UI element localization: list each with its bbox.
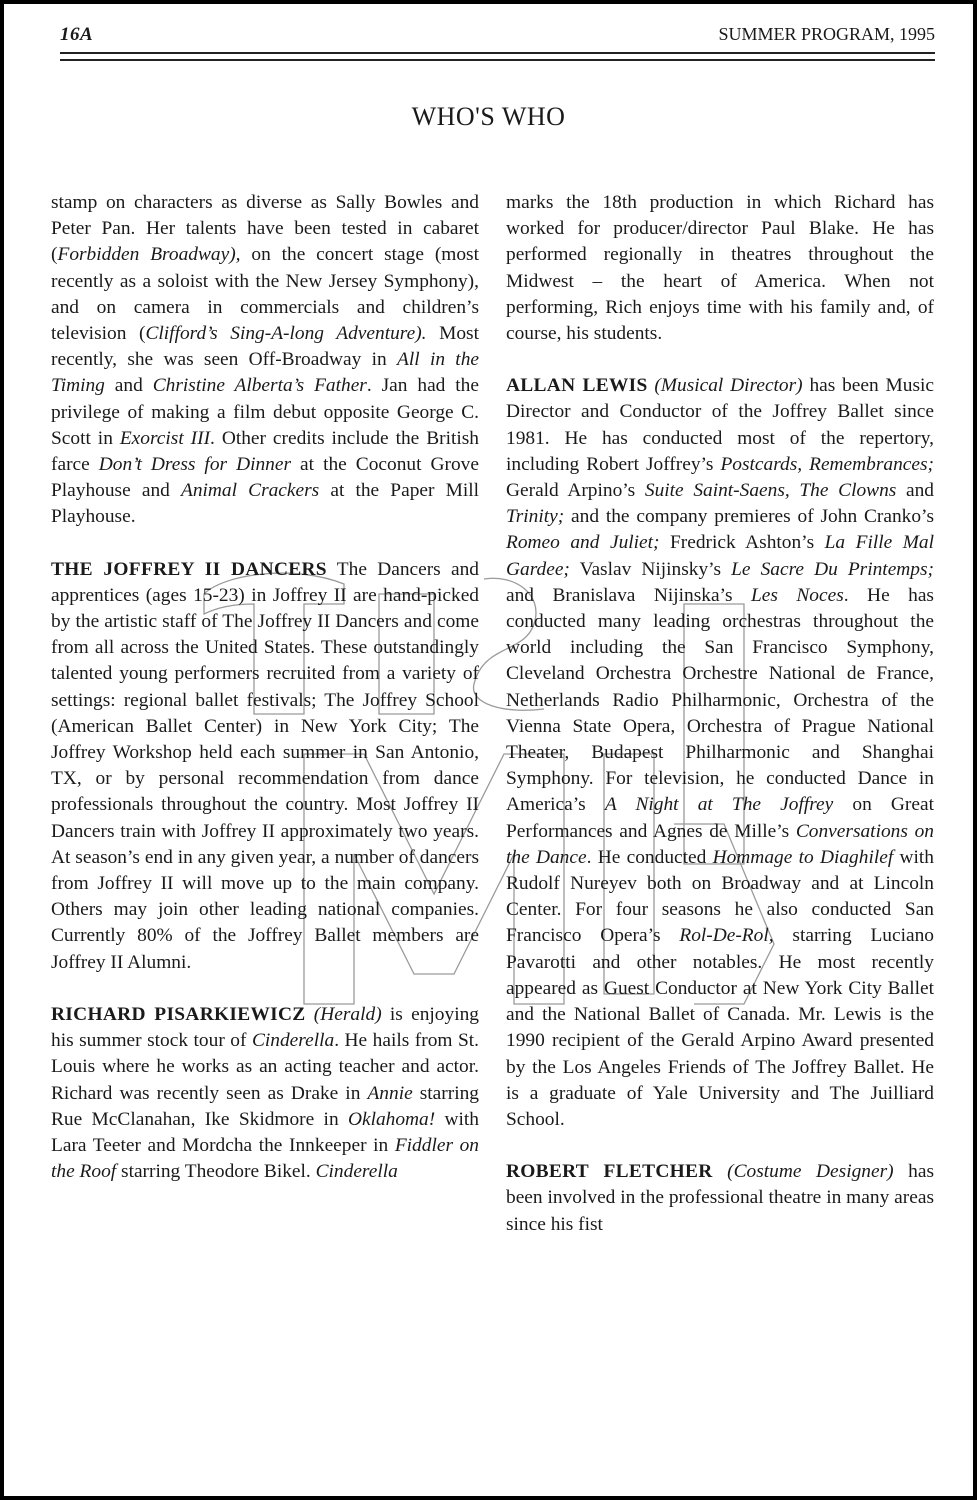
running-title: SUMMER PROGRAM, 1995 bbox=[718, 24, 935, 45]
bio-role: (Costume Designer) bbox=[713, 1161, 894, 1182]
bio-joffrey-ii-dancers: THE JOFFREY II DANCERS The Dancers and a… bbox=[51, 557, 479, 976]
italic-title: Romeo and Juliet; bbox=[506, 532, 660, 553]
italic-title: Annie bbox=[367, 1083, 412, 1104]
italic-title: Don’t Dress for Dinner bbox=[99, 454, 291, 475]
text: Fredrick Ashton’s bbox=[660, 532, 825, 553]
text: . He conducted bbox=[587, 847, 713, 868]
italic-title: Hommage to Diaghilef bbox=[713, 847, 894, 868]
italic-title: Rol-De-Rol, bbox=[679, 925, 773, 946]
program-page: 16A SUMMER PROGRAM, 1995 WHO'S WHO stamp… bbox=[4, 4, 973, 1496]
italic-title: A Night at The Joffrey bbox=[605, 794, 833, 815]
bio-name: THE JOFFREY II DANCERS bbox=[51, 559, 327, 580]
italic-title: Suite Saint-Saens, The Clowns bbox=[645, 480, 896, 501]
bio-name: ALLAN LEWIS bbox=[506, 375, 648, 396]
bio-jan-continued: stamp on characters as diverse as Sally … bbox=[51, 190, 479, 531]
bio-richard-continued: marks the 18th production in which Richa… bbox=[506, 190, 934, 347]
italic-title: Le Sacre Du Printemps; bbox=[731, 559, 934, 580]
right-column: marks the 18th production in which Richa… bbox=[506, 190, 934, 1264]
text: marks the 18th production in which Richa… bbox=[506, 192, 934, 344]
bio-name: RICHARD PISARKIEWICZ bbox=[51, 1004, 306, 1025]
bio-role: (Herald) bbox=[306, 1004, 382, 1025]
text: Vaslav Nijinsky’s bbox=[570, 559, 731, 580]
bio-robert-fletcher: ROBERT FLETCHER (Costume Designer) has b… bbox=[506, 1159, 934, 1238]
text: and the company premieres of John Cranko… bbox=[564, 506, 934, 527]
page-number: 16A bbox=[60, 24, 93, 46]
left-column: stamp on characters as diverse as Sally … bbox=[51, 190, 479, 1211]
text: starring Luciano Pavarotti and other not… bbox=[506, 925, 934, 1129]
bio-allan-lewis: ALLAN LEWIS (Musical Director) has been … bbox=[506, 373, 934, 1133]
italic-title: Oklahoma! bbox=[348, 1109, 435, 1130]
bio-richard-pisarkiewicz: RICHARD PISARKIEWICZ (Herald) is enjoyin… bbox=[51, 1002, 479, 1185]
text: and Branislava Nijinska’s bbox=[506, 585, 751, 606]
text: and bbox=[896, 480, 934, 501]
bio-name: ROBERT FLETCHER bbox=[506, 1161, 713, 1182]
italic-title: Clifford’s Sing-A-long Adventure). bbox=[145, 323, 426, 344]
page-title: WHO'S WHO bbox=[4, 102, 973, 132]
text: starring Theodore Bikel. bbox=[116, 1161, 315, 1182]
bio-role: (Musical Director) bbox=[648, 375, 803, 396]
text: Gerald Arpino’s bbox=[506, 480, 645, 501]
italic-title: Postcards, Remembrances; bbox=[720, 454, 934, 475]
header-rule-bottom bbox=[60, 59, 935, 61]
italic-title: Animal Crackers bbox=[181, 480, 319, 501]
italic-title: Cinderella bbox=[252, 1030, 334, 1051]
page-header: 16A SUMMER PROGRAM, 1995 bbox=[60, 22, 935, 64]
italic-title: Les Noces bbox=[751, 585, 844, 606]
header-rule-top bbox=[60, 52, 935, 54]
italic-title: Trinity; bbox=[506, 506, 564, 527]
text: . He has conducted many leading orchestr… bbox=[506, 585, 934, 816]
italic-title: Christine Alberta’s Father bbox=[153, 375, 367, 396]
text: The Dancers and apprentices (ages 15-23)… bbox=[51, 559, 479, 973]
italic-title: Exorcist III bbox=[120, 428, 210, 449]
italic-title: Forbidden Broadway), bbox=[57, 244, 240, 265]
text: and bbox=[105, 375, 153, 396]
italic-title: Cinderella bbox=[316, 1161, 398, 1182]
